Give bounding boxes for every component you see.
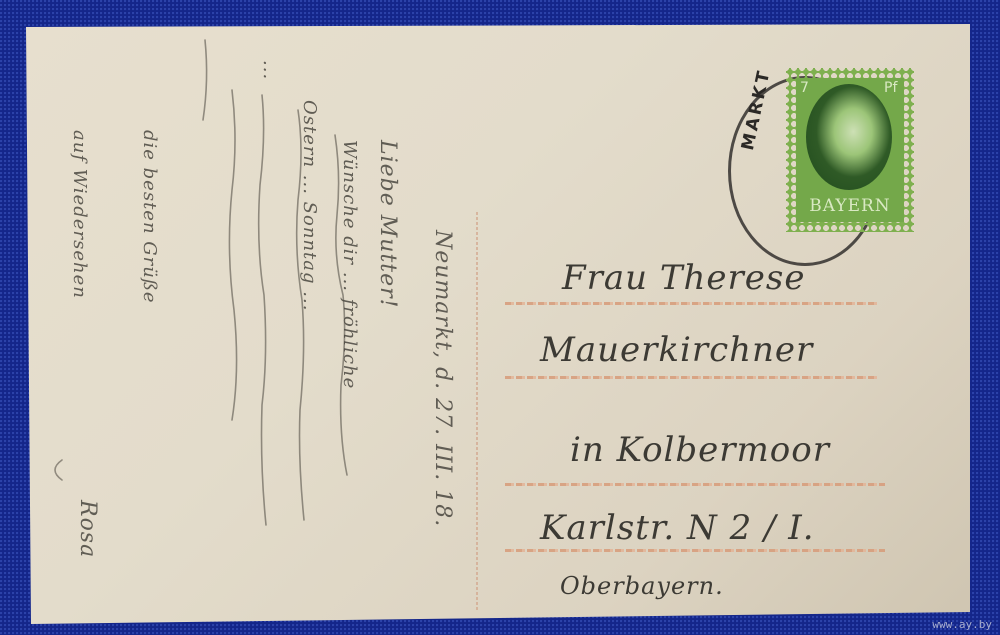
stamp-value-right: Pf	[884, 80, 897, 96]
watermark: www.ay.by	[932, 618, 992, 631]
stamp-country-label: BAYERN	[796, 196, 904, 216]
stamp-value-left: 7	[800, 80, 809, 96]
stamp-portrait	[806, 84, 892, 190]
